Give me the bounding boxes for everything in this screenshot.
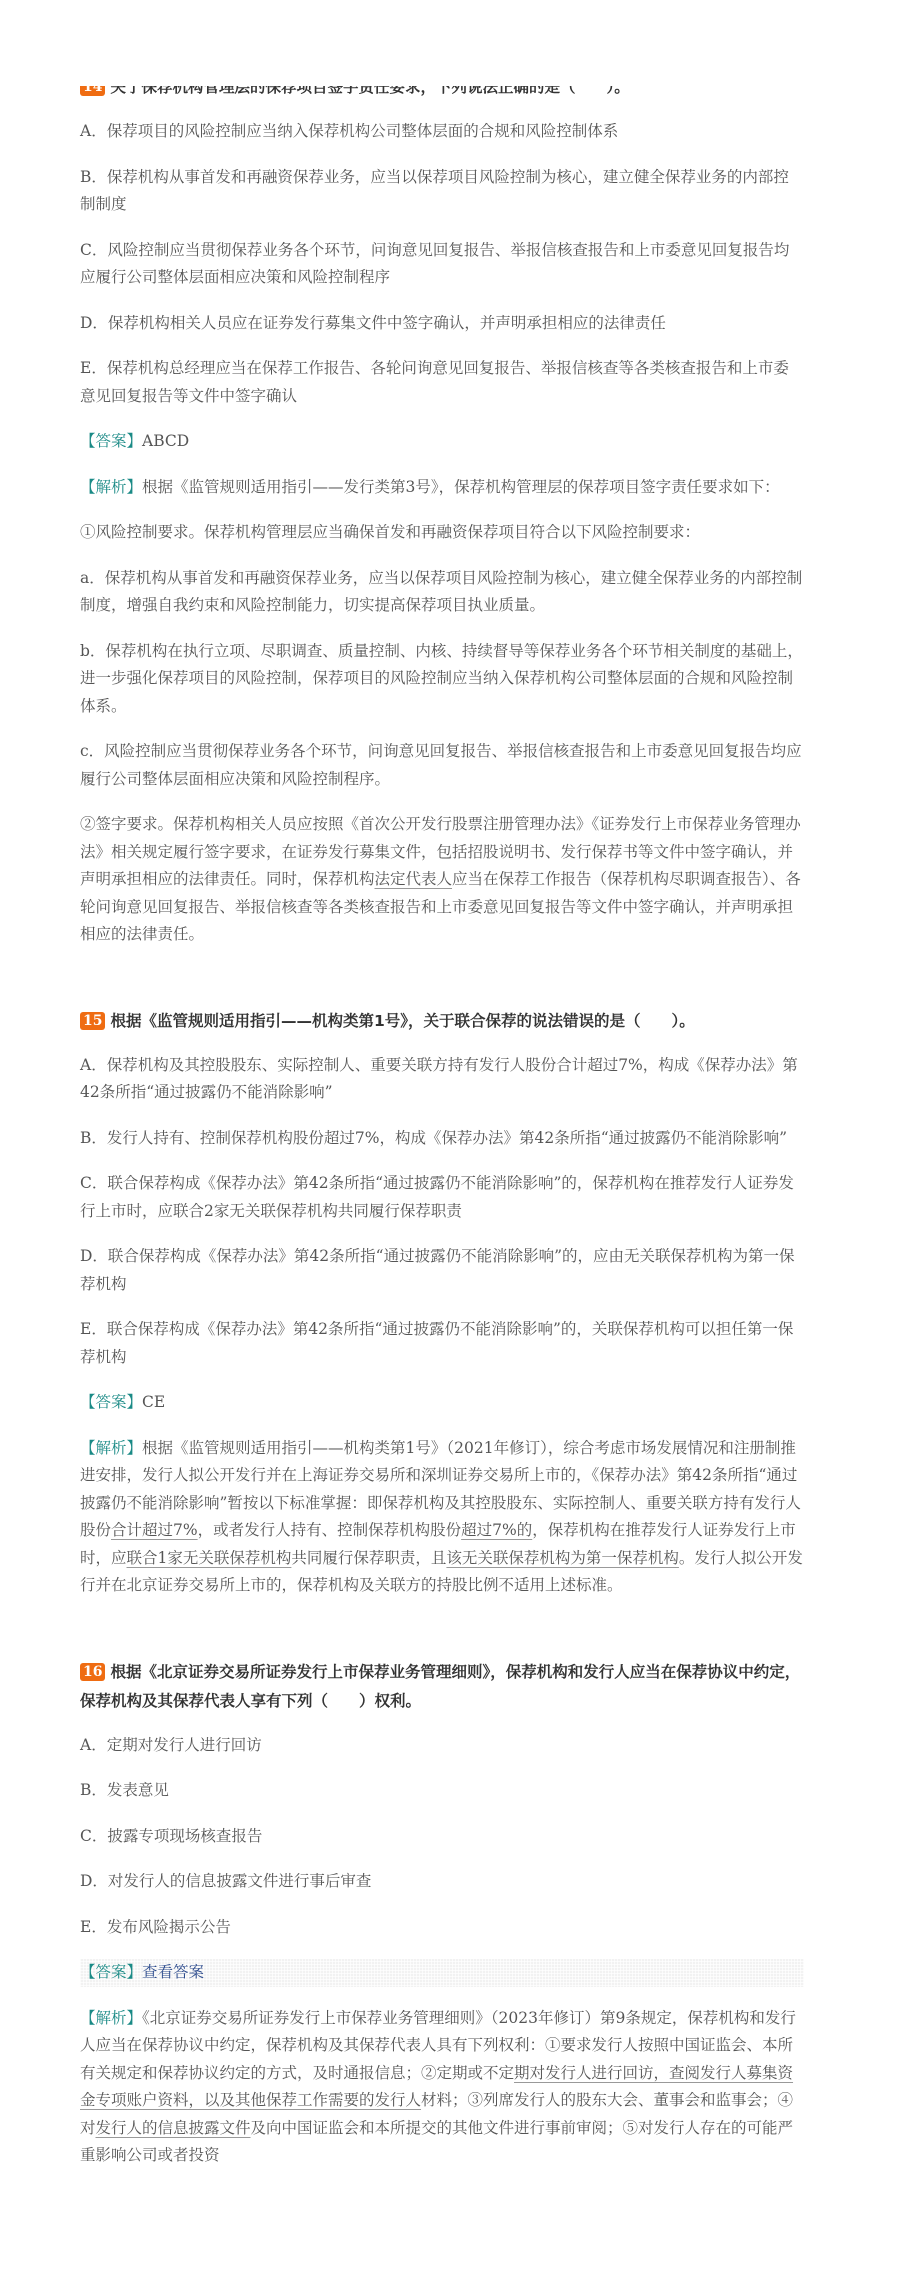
analysis: 【解析】根据《监管规则适用指引——机构类第1号》（2021年修订），综合考虑市场… [80,1435,804,1600]
option-d: D．对发行人的信息披露文件进行事后审查 [80,1868,804,1896]
option-e: E．保荐机构总经理应当在保荐工作报告、各轮问询意见回复报告、举报信核查等各类核查… [80,355,804,410]
option-a: A．保荐项目的风险控制应当纳入保荐机构公司整体层面的合规和风险控制体系 [80,118,804,146]
underlined-phrase: 法定代表人 [375,870,453,888]
option-d: D．联合保荐构成《保荐办法》第42条所指“通过披露仍不能消除影响”的，应由无关联… [80,1243,804,1298]
underlined-phrase: 该无关联保荐机构为第一保荐机构 [446,1549,679,1567]
analysis-point: b．保荐机构在执行立项、尽职调查、质量控制、内核、持续督导等保荐业务各个环节相关… [80,638,804,721]
view-answer-link[interactable]: 查看答案 [142,1963,204,1981]
answer-line: 【答案】查看答案 [80,1959,804,1987]
option-e: E．发布风险揭示公告 [80,1914,804,1942]
underlined-phrase: 联合1家无关联保荐机构 [127,1549,292,1567]
option-e: E．联合保荐构成《保荐办法》第42条所指“通过披露仍不能消除影响”的，关联保荐机… [80,1316,804,1371]
question-16: 16根据《北京证券交易所证券发行上市保荐业务管理细则》，保荐机构和发行人应当在保… [80,1658,804,2170]
question-number-badge: 14 [80,86,105,96]
analysis-label: 【解析】 [80,1439,142,1457]
analysis-point: ①风险控制要求。保荐机构管理层应当确保首发和再融资保荐项目符合以下风险控制要求： [80,519,804,547]
analysis-label: 【解析】 [80,478,142,496]
question-title: 14关于保荐机构管理层的保荐项目签字责任要求，下列说法正确的是（ ）。 [80,86,804,100]
answer-value: ABCD [142,432,189,450]
answer-label: 【答案】 [80,1963,142,1981]
section-spacer [80,967,804,1007]
option-b: B．保荐机构从事首发和再融资保荐业务，应当以保荐项目风险控制为核心，建立健全保荐… [80,164,804,219]
option-a: A．保荐机构及其控股股东、实际控制人、重要关联方持有发行人股份合计超过7%，构成… [80,1052,804,1107]
option-a: A．定期对发行人进行回访 [80,1732,804,1760]
option-c: C．风险控制应当贯彻保荐业务各个环节，问询意见回复报告、举报信核查报告和上市委意… [80,237,804,292]
question-title: 15根据《监管规则适用指引——机构类第1号》，关于联合保荐的说法错误的是（ ）。 [80,1007,804,1036]
analysis-label: 【解析】 [80,2009,142,2027]
answer-label: 【答案】 [80,1393,142,1411]
document-content: 14关于保荐机构管理层的保荐项目签字责任要求，下列说法正确的是（ ）。 A．保荐… [80,86,804,2188]
analysis: 【解析】《北京证券交易所证券发行上市保荐业务管理细则》（2023年修订）第9条规… [80,2005,804,2170]
option-b: B．发行人持有、控制保荐机构股份超过7%，构成《保荐办法》第42条所指“通过披露… [80,1125,804,1153]
analysis-sign-requirement: ②签字要求。保荐机构相关人员应按照《首次公开发行股票注册管理办法》《证券发行上市… [80,811,804,949]
question-number-badge: 15 [80,1012,105,1030]
question-text: 根据《监管规则适用指引——机构类第1号》，关于联合保荐的说法错误的是（ ）。 [110,1012,694,1030]
question-text: 关于保荐机构管理层的保荐项目签字责任要求，下列说法正确的是（ ）。 [110,86,629,96]
analysis-point: c．风险控制应当贯彻保荐业务各个环节，问询意见回复报告、举报信核查报告和上市委意… [80,738,804,793]
answer-label: 【答案】 [80,432,142,450]
analysis-intro: 【解析】根据《监管规则适用指引——发行类第3号》，保荐机构管理层的保荐项目签字责… [80,474,804,502]
question-title: 16根据《北京证券交易所证券发行上市保荐业务管理细则》，保荐机构和发行人应当在保… [80,1658,804,1716]
underlined-phrase: 合计超过7% [111,1521,198,1539]
question-14: 14关于保荐机构管理层的保荐项目签字责任要求，下列说法正确的是（ ）。 A．保荐… [80,86,804,949]
question-15: 15根据《监管规则适用指引——机构类第1号》，关于联合保荐的说法错误的是（ ）。… [80,1007,804,1600]
section-spacer [80,1618,804,1658]
answer-line: 【答案】CE [80,1389,804,1417]
underlined-phrase: 发行人的信息披露文件 [96,2119,251,2137]
answer-value: CE [142,1393,165,1411]
option-c: C．披露专项现场核查报告 [80,1823,804,1851]
option-d: D．保荐机构相关人员应在证券发行募集文件中签字确认，并声明承担相应的法律责任 [80,310,804,338]
option-b: B．发表意见 [80,1777,804,1805]
answer-line: 【答案】ABCD [80,428,804,456]
underlined-phrase: 超过7%的 [461,1521,532,1539]
option-c: C．联合保荐构成《保荐办法》第42条所指“通过披露仍不能消除影响”的，保荐机构在… [80,1170,804,1225]
analysis-point: a．保荐机构从事首发和再融资保荐业务，应当以保荐项目风险控制为核心，建立健全保荐… [80,565,804,620]
question-text: 根据《北京证券交易所证券发行上市保荐业务管理细则》，保荐机构和发行人应当在保荐协… [80,1663,800,1710]
question-number-badge: 16 [80,1663,105,1681]
